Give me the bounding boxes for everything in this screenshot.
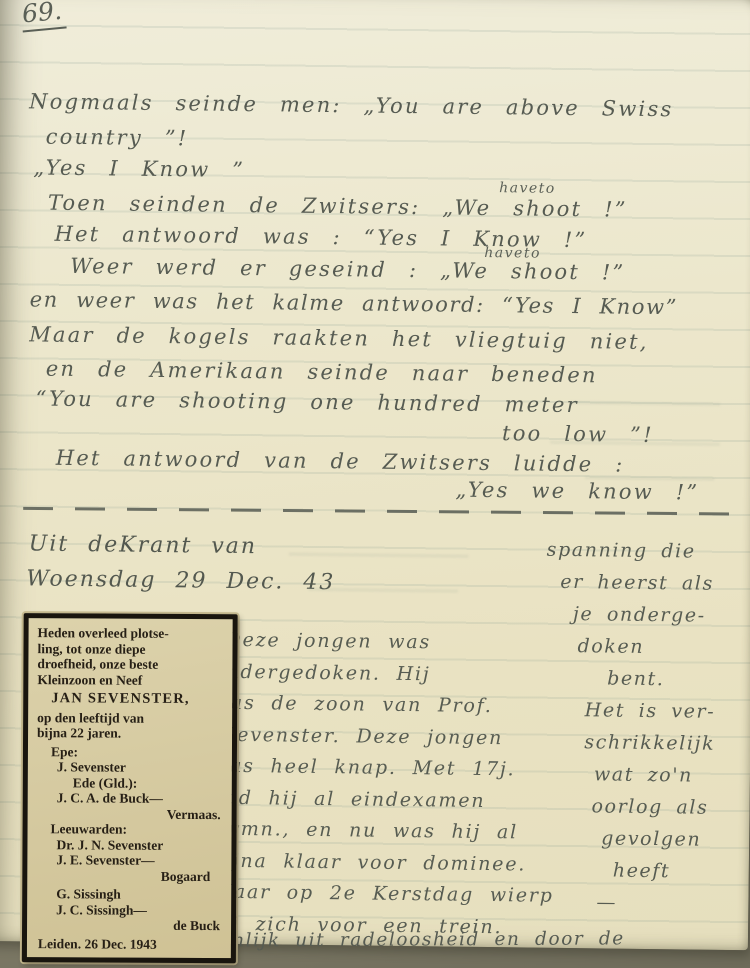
margin-line: je onderge- [538,598,736,632]
krant-heading-line: Woensdag 29 Dec. 43 [26,566,335,595]
clipping-line: bijna 22 jaren. [37,725,225,741]
clipping-line: J. C. Sissingh— [36,902,224,918]
narrative-line: Nogmaals seinde men: „You are above Swis… [29,89,674,121]
diary-paper-sheet: 69. Nogmaals seinde men: „You are above … [0,0,750,950]
narrative-line: “You are shooting one hundred meter [35,386,579,417]
clipping-line: ling, tot onze diepe [37,641,225,657]
clipping-line: Kleinzoon en Neef [37,672,225,688]
clipping-line: droefheid, onze beste [37,656,225,672]
margin-line: doken [537,630,735,664]
narrative-line: Maar de kogels raakten het vliegtuig nie… [29,322,649,354]
margin-line: schrikkelijk [536,726,734,760]
newspaper-obituary-clipping: Heden overleed plotse- ling, tot onze di… [22,613,238,963]
narrative-line: Het antwoord van de Zwitsers luidde : [56,446,625,477]
margin-dash: — [534,886,732,920]
margin-line: heeft [535,854,733,888]
middle-line: Gymn., en nu was hij al [211,814,546,850]
clipping-line: de Buck [36,917,224,933]
ink-bleedthrough-mark [570,401,720,406]
page-number: 69. [20,0,67,32]
middle-line: Maar op 2e Kerstdag wierp [210,877,545,913]
narrative-line: en de Amerikaan seinde naar beneden [46,357,598,388]
narrative-line: country ”! [46,125,189,151]
clipping-line: op den leeftijd van [37,710,225,726]
narrative-line: Weer werd er geseind : „We shoot !” [70,254,626,285]
superscript-insertion: haveto [499,180,556,197]
middle-text-column: Deze jongen was ondergedoken. Hij was de… [210,625,549,944]
middle-line: bijna klaar voor dominee. [211,845,546,881]
margin-line: oorlog als [535,790,733,824]
margin-line: Het is ver- [537,694,735,728]
clipping-line: J. C. A. de Buck— [37,790,225,806]
narrative-line: „Yes we know !” [455,478,699,505]
photographed-diary-page: 69. Nogmaals seinde men: „You are above … [0,0,750,968]
middle-line: was de zoon van Prof. [213,688,548,724]
clipping-line: Vermaas. [37,806,225,822]
clipping-line: J. E. Sevenster— [36,852,224,868]
clipping-line: Heden overleed plotse- [38,625,226,641]
narrative-line: „Yes I Know ” [33,155,245,182]
clipping-line: G. Sissingh [36,886,224,902]
margin-line: bent. [537,662,735,696]
clipping-line: Ede (Gld.): [37,775,225,791]
clipping-line: Leeuwarden: [37,821,225,837]
middle-line: Deze jongen was [213,625,548,661]
krant-heading-line: Uit deKrant van [29,531,258,559]
clipping-date-line: Leiden. 26 Dec. 1943 [36,936,224,952]
margin-line: gevolgen [535,822,733,856]
margin-line: wat zo'n [536,758,734,792]
ink-bleedthrough-mark [289,553,469,558]
clipping-line: J. Sevenster [37,759,225,775]
middle-line: was heel knap. Met 17j. [212,751,547,787]
clipping-line: Bogaard [36,868,224,884]
right-margin-column: spanning die er heerst als je onderge- d… [534,534,737,920]
clipping-deceased-name: JAN SEVENSTER, [37,691,225,707]
narrative-line: en weer was het kalme antwoord: “Yes I K… [30,287,679,319]
clipping-line: Dr. J. N. Sevenster [36,837,224,853]
margin-line: spanning die [539,534,737,568]
hand-drawn-dashed-separator [23,507,733,516]
clipping-line: Epe: [37,744,225,760]
middle-line: ondergedoken. Hij [213,656,548,692]
middle-line: had hij al eindexamen [211,782,546,818]
middle-line: Sevenster. Deze jongen [212,719,547,755]
margin-line: er heerst als [538,566,736,600]
